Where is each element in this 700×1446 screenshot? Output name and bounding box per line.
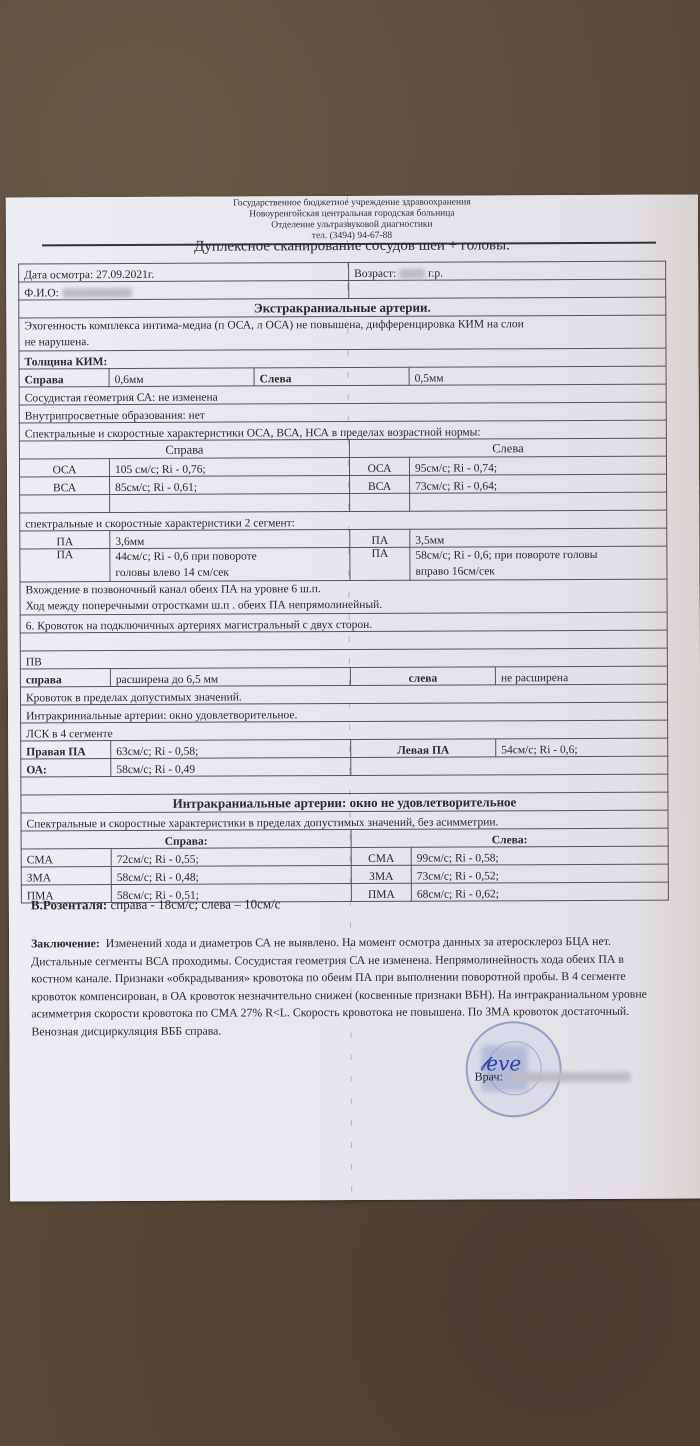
pa-right-label: ПА [20,531,110,549]
pa-right-diameter: 3,6мм [110,530,350,549]
pa-left-label: ПА [350,529,410,547]
rosenthal-vein: В.Розенталя: справа - 18см/с; слева – 10… [31,896,281,913]
vessel-value: 68см/с; Ri - 0,62; [411,882,668,901]
rosenthal-value: справа - 18см/с; слева – 10см/с [110,896,280,912]
vessel-value: 73см/с; Ri - 0,64; [410,474,667,493]
kim-left-value: 0,5мм [409,366,666,385]
kim-right-value: 0,6мм [109,368,254,387]
vessel-value: 105 см/с; Ri - 0,76; [109,458,349,477]
kim-right-label: Справа [19,369,109,387]
vessel-name: ЗМА [21,867,111,885]
veins-left-label: слева [350,667,495,686]
vessel-name: ОСА [19,459,109,477]
intracranial-right-header: Справа: [21,830,351,849]
age-suffix: г.р. [428,268,443,280]
pa-velocity-row: ПА 44см/с; Ri - 0,6 при поворотеголовы в… [20,546,667,582]
pa-left-velocity: 58см/с; Ri - 0,6; при повороте головы [415,549,597,562]
pa-left-label: ПА [350,547,410,580]
vessel-value: 99см/с; Ri - 0,58; [411,846,668,865]
vessel-name: ЗМА [351,865,411,883]
left-pa-label: Левая ПА [351,739,496,758]
age-redacted [399,269,425,279]
vessel-value: 85см/с; Ri - 0,61; [110,476,350,495]
echogenicity-line-2: не нарушена. [24,336,89,348]
veins-left-value: не расширена [495,666,667,685]
oa-label: ОА: [21,759,111,777]
document-page: Государственное бюджетное учреждение здр… [6,194,700,1201]
conclusion: Заключение: Изменений хода и диаметров С… [31,933,661,1041]
signature-icon: 𝓁𝑒𝑣𝑒 [480,1051,522,1075]
document-title: Дуплексное сканирование сосудов шеи + го… [6,236,698,256]
vessel-name: СМА [21,849,111,867]
right-pa-label: Правая ПА [21,741,111,759]
pa-course: Ход между поперечными отростками ш.п . о… [26,599,383,613]
vessel-name: СМА [351,847,411,865]
vessel-name: ОСА [349,457,409,475]
vessel-name: ВСА [20,477,110,495]
pa-right-rotation: головы влево 14 см/сек [115,567,229,579]
name-label: Ф.И.О: [24,287,59,299]
conclusion-label: Заключение: [31,936,100,950]
pa-right-velocity: 44см/с; Ri - 0,6 при повороте [115,550,256,563]
report-table: Дата осмотра: 27.09.2021г. Возраст: г.р.… [18,261,669,904]
right-header: Справа [19,440,349,459]
kim-left-label: Слева [254,367,409,386]
veins-right-label: справа [20,669,110,687]
vessel-value: 58см/с; Ri - 0,48; [111,866,351,885]
conclusion-text: Изменений хода и диаметров СА не выявлен… [31,934,647,1038]
pa-right-label: ПА [20,549,110,582]
vessel-name: ПМА [351,883,411,901]
right-pa-value: 63см/с; Ri - 0,58; [111,740,351,759]
oa-value: 58см/с; Ri - 0,49 [111,758,351,777]
intracranial-left-header: Слева: [351,828,668,847]
rosenthal-label: В.Розенталя: [31,897,107,912]
name-redacted [62,288,132,298]
pa-entry: Вхождение в позвоночный канал обеих ПА н… [26,583,321,596]
left-pa-value: 54см/с; Ri - 0,6; [496,738,668,757]
vessel-value: 72см/с; Ri - 0,55; [111,848,351,867]
doctor-name-redacted [511,1072,631,1083]
vessel-value: 95см/с; Ri - 0,74; [409,456,666,475]
echogenicity-line-1: Эхогенность комплекса интима-медиа (п ОС… [24,318,523,332]
pa-left-rotation: вправо 16см/сек [415,565,494,577]
date-label: Дата осмотра: [24,269,93,281]
left-header: Слева [349,438,666,457]
vessel-name: ВСА [350,475,410,493]
age-label: Возраст: [354,268,396,280]
exam-date: 27.09.2021г. [96,269,154,281]
vessel-value: 73см/с; Ri - 0,52; [411,864,668,883]
lsk-row: Правая ПА 63см/с; Ri - 0,58; Левая ПА 54… [21,738,668,759]
pa-left-diameter: 3,5мм [410,528,667,547]
veins-right-value: расширена до 6,5 мм [110,668,350,687]
